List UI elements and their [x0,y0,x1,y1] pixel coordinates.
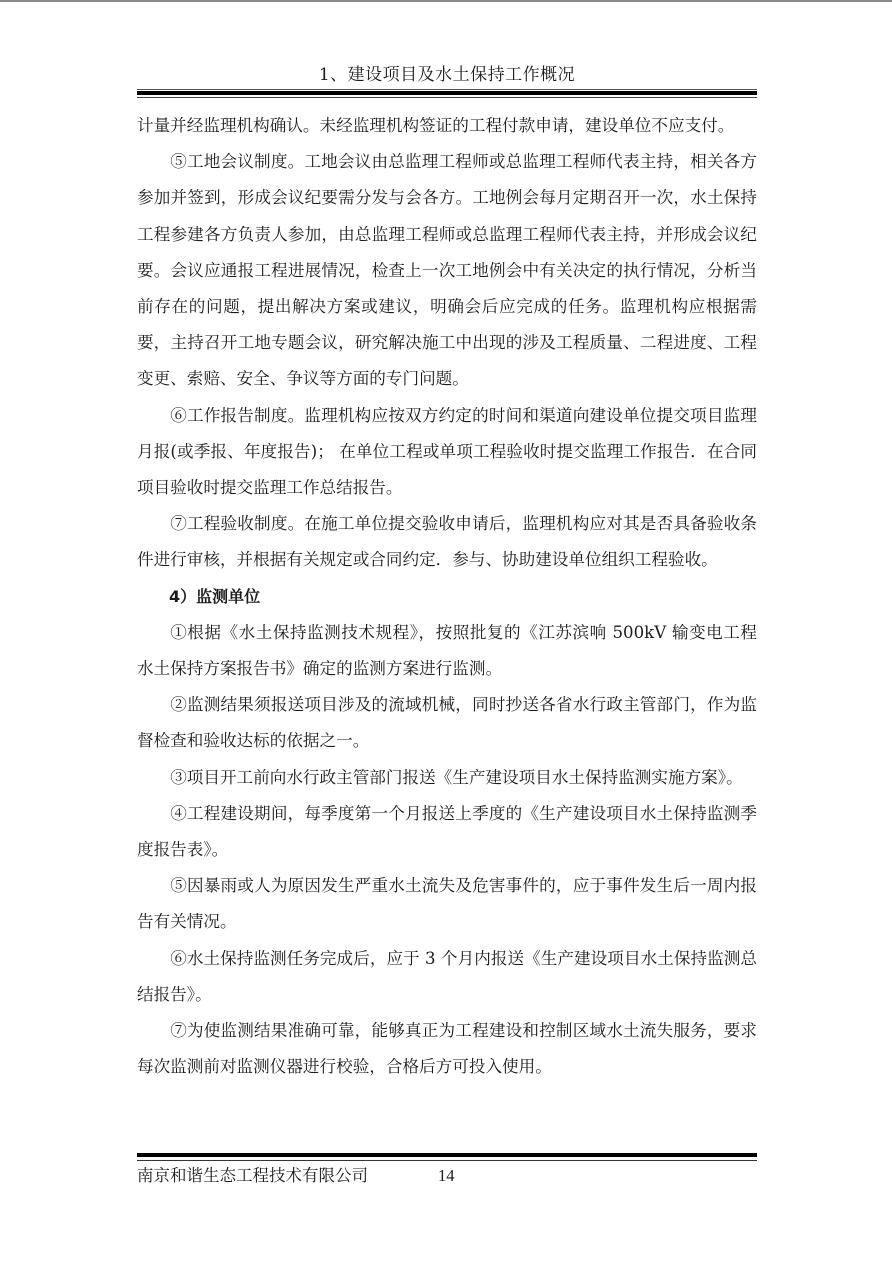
header-rule-thin-top [137,89,757,90]
paragraph-monitoring-item-3: ③项目开工前向水行政主管部门报送《生产建设项目水土保持监测实施方案》。 [137,760,757,796]
footer-rule-thick [137,1153,757,1157]
paragraph-monitoring-item-4: ④工程建设期间，每季度第一个月报送上季度的《生产建设项目水土保持监测季度报告表》… [137,796,757,868]
paragraph-continuation: 计量并经监理机构确认。未经监理机构签证的工程付款申请，建设单位不应支付。 [137,108,757,144]
paragraph-monitoring-item-5: ⑤因暴雨或人为原因发生严重水土流失及危害事件的，应于事件发生后一周内报告有关情况… [137,868,757,940]
footer-rule-thin [137,1160,757,1161]
header-rule-thick [137,91,757,95]
page-top-edge [0,0,892,2]
footer-company-name: 南京和谐生态工程技术有限公司 [137,1165,368,1187]
section-heading-monitoring-unit: 4）监测单位 [137,579,757,615]
paragraph-monitoring-item-1: ①根据《水土保持监测技术规程》，按照批复的《江苏滨响 500kV 输变电工程水土… [137,615,757,687]
paragraph-site-meeting-system: ⑤工地会议制度。工地会议由总监理工程师或总监理工程师代表主持，相关各方参加并签到… [137,144,757,397]
body-text: 计量并经监理机构确认。未经监理机构签证的工程付款申请，建设单位不应支付。 ⑤工地… [137,108,757,1085]
paragraph-monitoring-item-6: ⑥水土保持监测任务完成后，应于 3 个月内报送《生产建设项目水土保持监测总结报告… [137,941,757,1013]
header-rule-thin-bottom [137,97,757,98]
paragraph-monitoring-item-2: ②监测结果须报送项目涉及的流域机械，同时抄送各省水行政主管部门，作为监督检查和验… [137,687,757,759]
running-header-title: 1、建设项目及水土保持工作概况 [137,64,757,86]
footer-rule [137,1153,757,1162]
paragraph-monitoring-item-7: ⑦为使监测结果准确可靠，能够真正为工程建设和控制区域水土流失服务，要求每次监测前… [137,1013,757,1085]
paragraph-acceptance-system: ⑦工程验收制度。在施工单位提交验收申请后，监理机构应对其是否具备验收条件进行审核… [137,506,757,578]
page-number: 14 [438,1165,455,1187]
paragraph-work-report-system: ⑥工作报告制度。监理机构应按双方约定的时间和渠道向建设单位提交项目监理月报(或季… [137,398,757,507]
header-rule [137,88,757,99]
